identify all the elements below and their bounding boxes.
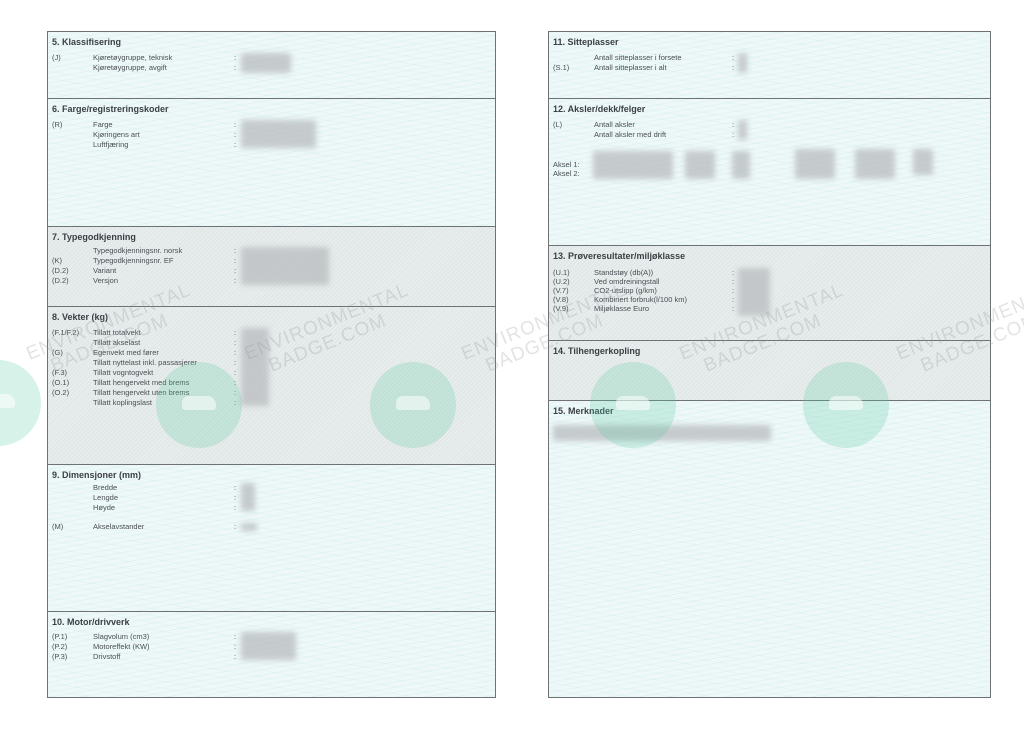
field-separator: : bbox=[234, 53, 236, 63]
section-title: 11. Sitteplasser bbox=[553, 37, 619, 47]
field-label: Bredde bbox=[93, 483, 117, 493]
field-label: Kjøretøygruppe, avgift bbox=[93, 63, 167, 73]
field-code: (V.9) bbox=[553, 304, 569, 314]
registration-document-left-page: 5. Klassifisering (J) Kjøretøygruppe, te… bbox=[47, 31, 496, 698]
redacted-value bbox=[241, 247, 329, 285]
field-label: Variant bbox=[93, 266, 116, 276]
field-code: (O.1) bbox=[52, 378, 69, 388]
section-vekter: 8. Vekter (kg) (F.1/F.2) Tillatt totalve… bbox=[48, 307, 495, 465]
section-aksler-dekk-felger: 12. Aksler/dekk/felger (L) Antall aksler… bbox=[549, 99, 990, 246]
field-separator: : bbox=[234, 493, 236, 503]
field-code: (D.2) bbox=[52, 266, 69, 276]
field-label: Egenvekt med fører bbox=[93, 348, 159, 358]
field-row: Lengde : bbox=[48, 493, 495, 503]
field-separator: : bbox=[234, 483, 236, 493]
field-separator: : bbox=[732, 304, 734, 314]
field-code: (F.3) bbox=[52, 368, 67, 378]
field-code: (P.3) bbox=[52, 652, 67, 662]
section-title: 13. Prøveresultater/miljøklasse bbox=[553, 251, 685, 261]
field-separator: : bbox=[234, 328, 236, 338]
field-label: Miljøklasse Euro bbox=[594, 304, 649, 314]
car-icon bbox=[0, 394, 15, 408]
field-label: Kjøretøygruppe, teknisk bbox=[93, 53, 172, 63]
axle-1-label: Aksel 1: bbox=[553, 160, 580, 169]
section-sitteplasser: 11. Sitteplasser Antall sitteplasser i f… bbox=[549, 32, 990, 99]
field-row: (F.1/F.2) Tillatt totalvekt : bbox=[48, 328, 495, 338]
field-code: (S.1) bbox=[553, 63, 569, 73]
redacted-axle-value bbox=[795, 149, 835, 179]
field-code: (M) bbox=[52, 522, 63, 532]
field-code: (O.2) bbox=[52, 388, 69, 398]
field-separator: : bbox=[234, 642, 236, 652]
field-label: Antall sitteplasser i forsete bbox=[594, 53, 682, 63]
field-separator: : bbox=[234, 246, 236, 256]
redacted-value bbox=[738, 53, 747, 73]
redacted-value bbox=[241, 632, 296, 660]
section-proveresultater-miljoklasse: 13. Prøveresultater/miljøklasse (U.1) St… bbox=[549, 246, 990, 341]
field-code: (P.1) bbox=[52, 632, 67, 642]
watermark-logo-circle bbox=[0, 360, 41, 446]
field-row: (F.3) Tillatt vogntogvekt : bbox=[48, 368, 495, 378]
section-title: 8. Vekter (kg) bbox=[52, 312, 108, 322]
field-code: (G) bbox=[52, 348, 63, 358]
field-separator: : bbox=[732, 120, 734, 130]
redacted-axle-value bbox=[685, 151, 715, 179]
field-separator: : bbox=[732, 53, 734, 63]
redacted-value bbox=[241, 483, 255, 511]
field-label: Motoreffekt (KW) bbox=[93, 642, 150, 652]
field-row: Høyde : bbox=[48, 503, 495, 513]
field-row: (S.1) Antall sitteplasser i alt : bbox=[549, 63, 990, 73]
field-separator: : bbox=[234, 120, 236, 130]
field-separator: : bbox=[234, 503, 236, 513]
field-separator: : bbox=[234, 63, 236, 73]
field-separator: : bbox=[234, 266, 236, 276]
redacted-value bbox=[241, 523, 257, 531]
field-label: Antall sitteplasser i alt bbox=[594, 63, 667, 73]
field-label: Antall aksler bbox=[594, 120, 635, 130]
field-label: Versjon bbox=[93, 276, 118, 286]
field-label: Tillatt koplingslast bbox=[93, 398, 152, 408]
field-row: (L) Antall aksler : bbox=[549, 120, 990, 130]
field-separator: : bbox=[234, 632, 236, 642]
field-label: Høyde bbox=[93, 503, 115, 513]
field-separator: : bbox=[234, 338, 236, 348]
field-label: Kjøringens art bbox=[93, 130, 140, 140]
field-separator: : bbox=[234, 130, 236, 140]
redacted-remarks bbox=[553, 425, 771, 441]
redacted-axle-value bbox=[855, 149, 895, 179]
field-label: Tillatt vogntogvekt bbox=[93, 368, 153, 378]
field-separator: : bbox=[234, 378, 236, 388]
field-row: Tillatt akselast : bbox=[48, 338, 495, 348]
field-code: (R) bbox=[52, 120, 62, 130]
field-separator: : bbox=[234, 358, 236, 368]
field-row: Tillatt nyttelast inkl. passasjerer : bbox=[48, 358, 495, 368]
field-separator: : bbox=[234, 368, 236, 378]
section-merknader: 15. Merknader bbox=[549, 401, 990, 699]
section-title: 10. Motor/drivverk bbox=[52, 617, 130, 627]
field-label: Antall aksler med drift bbox=[594, 130, 666, 140]
section-title: 12. Aksler/dekk/felger bbox=[553, 104, 645, 114]
section-dimensjoner: 9. Dimensjoner (mm) Bredde : Lengde : Hø… bbox=[48, 465, 495, 612]
field-row: Antall aksler med drift : bbox=[549, 130, 990, 140]
field-label: Tillatt akselast bbox=[93, 338, 140, 348]
section-tilhengerkopling: 14. Tilhengerkopling bbox=[549, 341, 990, 401]
redacted-axle-value bbox=[732, 151, 750, 179]
field-row: Tillatt koplingslast : bbox=[48, 398, 495, 408]
field-separator: : bbox=[234, 398, 236, 408]
section-title: 14. Tilhengerkopling bbox=[553, 346, 640, 356]
field-separator: : bbox=[234, 276, 236, 286]
registration-document-right-page: 11. Sitteplasser Antall sitteplasser i f… bbox=[548, 31, 991, 698]
field-label: Slagvolum (cm3) bbox=[93, 632, 149, 642]
field-separator: : bbox=[234, 522, 236, 532]
field-code: (L) bbox=[553, 120, 562, 130]
field-row: (M) Akselavstander : bbox=[48, 522, 495, 532]
field-label: Lengde bbox=[93, 493, 118, 503]
redacted-axle-value bbox=[913, 149, 933, 175]
section-title: 5. Klassifisering bbox=[52, 37, 121, 47]
section-typegodkjenning: 7. Typegodkjenning Typegodkjenningsnr. n… bbox=[48, 227, 495, 307]
field-separator: : bbox=[234, 348, 236, 358]
field-label: Luftfjæring bbox=[93, 140, 128, 150]
section-title: 6. Farge/registreringskoder bbox=[52, 104, 169, 114]
redacted-axle-value bbox=[593, 151, 673, 179]
redacted-value bbox=[241, 53, 291, 73]
field-separator: : bbox=[732, 130, 734, 140]
field-label: Typegodkjenningsnr. EF bbox=[93, 256, 173, 266]
field-separator: : bbox=[234, 388, 236, 398]
field-label: Akselavstander bbox=[93, 522, 144, 532]
redacted-value bbox=[738, 268, 770, 316]
redacted-value bbox=[738, 120, 747, 140]
field-row: Bredde : bbox=[48, 483, 495, 493]
field-label: Tillatt totalvekt bbox=[93, 328, 141, 338]
field-row: (O.1) Tillatt hengervekt med brems : bbox=[48, 378, 495, 388]
section-title: 7. Typegodkjenning bbox=[52, 232, 136, 242]
field-label: Tillatt hengervekt uten brems bbox=[93, 388, 189, 398]
field-row: Antall sitteplasser i forsete : bbox=[549, 53, 990, 63]
field-label: Tillatt hengervekt med brems bbox=[93, 378, 189, 388]
field-separator: : bbox=[234, 140, 236, 150]
redacted-value bbox=[241, 120, 316, 148]
field-label: Drivstoff bbox=[93, 652, 120, 662]
axle-2-label: Aksel 2: bbox=[553, 169, 580, 178]
field-separator: : bbox=[234, 652, 236, 662]
field-row: (O.2) Tillatt hengervekt uten brems : bbox=[48, 388, 495, 398]
field-code: (J) bbox=[52, 53, 61, 63]
field-code: (D.2) bbox=[52, 276, 69, 286]
field-separator: : bbox=[234, 256, 236, 266]
field-label: Tillatt nyttelast inkl. passasjerer bbox=[93, 358, 197, 368]
field-code: (K) bbox=[52, 256, 62, 266]
section-title: 9. Dimensjoner (mm) bbox=[52, 470, 141, 480]
section-klassifisering: 5. Klassifisering (J) Kjøretøygruppe, te… bbox=[48, 32, 495, 99]
field-label: Typegodkjenningsnr. norsk bbox=[93, 246, 182, 256]
redacted-value bbox=[241, 328, 269, 406]
section-title: 15. Merknader bbox=[553, 406, 614, 416]
field-code: (P.2) bbox=[52, 642, 67, 652]
field-label: Farge bbox=[93, 120, 113, 130]
section-motor-drivverk: 10. Motor/drivverk (P.1) Slagvolum (cm3)… bbox=[48, 612, 495, 699]
section-farge-registreringskoder: 6. Farge/registreringskoder (R) Farge : … bbox=[48, 99, 495, 227]
field-separator: : bbox=[732, 63, 734, 73]
field-row: (G) Egenvekt med fører : bbox=[48, 348, 495, 358]
field-code: (F.1/F.2) bbox=[52, 328, 79, 338]
